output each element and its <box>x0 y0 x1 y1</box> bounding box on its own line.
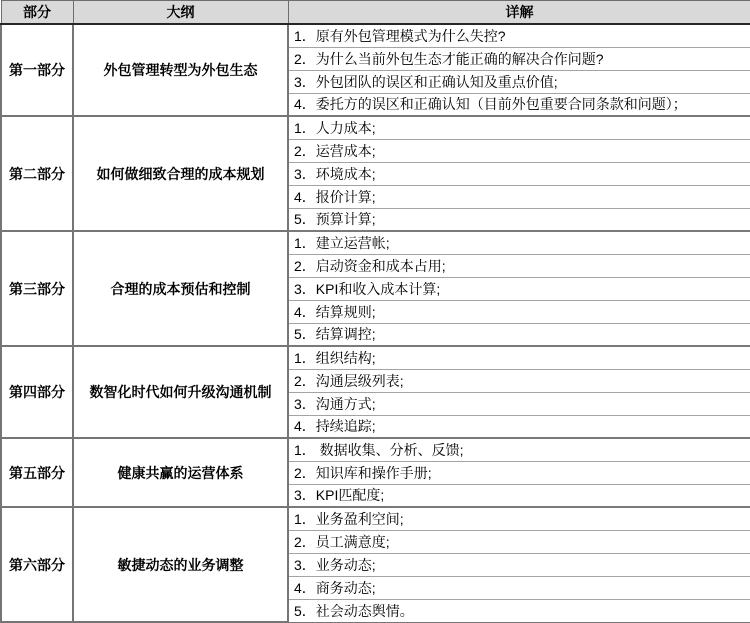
detail-cell: 4．结算规则; <box>288 300 750 323</box>
detail-cell: 2．为什么当前外包生态才能正确的解决合作问题? <box>288 47 750 70</box>
part-cell: 第四部分 <box>1 346 73 438</box>
table-header-row: 部分 大纲 详解 <box>1 1 750 25</box>
detail-cell: 1．建立运营帐; <box>288 231 750 254</box>
detail-cell: 3．KPI匹配度; <box>288 484 750 507</box>
table-row: 第一部分外包管理转型为外包生态1．原有外包管理模式为什么失控? <box>1 24 750 47</box>
table-row: 第二部分如何做细致合理的成本规划1．人力成本; <box>1 116 750 139</box>
detail-cell: 3．业务动态; <box>288 553 750 576</box>
header-outline: 大纲 <box>73 1 288 25</box>
table-row: 第六部分敏捷动态的业务调整1．业务盈利空间; <box>1 507 750 530</box>
detail-cell: 1． 数据收集、分析、反馈; <box>288 438 750 461</box>
detail-cell: 5．预算计算; <box>288 208 750 231</box>
detail-cell: 2．运营成本; <box>288 139 750 162</box>
detail-cell: 2．知识库和操作手册; <box>288 461 750 484</box>
detail-cell: 2．沟通层级列表; <box>288 369 750 392</box>
table-row: 第三部分合理的成本预估和控制1．建立运营帐; <box>1 231 750 254</box>
outline-cell: 外包管理转型为外包生态 <box>73 24 288 116</box>
outline-cell: 合理的成本预估和控制 <box>73 231 288 346</box>
detail-cell: 1．组织结构; <box>288 346 750 369</box>
detail-cell: 1．人力成本; <box>288 116 750 139</box>
detail-cell: 2．员工满意度; <box>288 530 750 553</box>
outline-cell: 如何做细致合理的成本规划 <box>73 116 288 231</box>
detail-cell: 3．环境成本; <box>288 162 750 185</box>
outline-cell: 健康共赢的运营体系 <box>73 438 288 507</box>
detail-cell: 5．社会动态舆情。 <box>288 599 750 622</box>
detail-cell: 1．业务盈利空间; <box>288 507 750 530</box>
detail-cell: 3．沟通方式; <box>288 392 750 415</box>
part-cell: 第五部分 <box>1 438 73 507</box>
part-cell: 第六部分 <box>1 507 73 622</box>
header-part: 部分 <box>1 1 73 25</box>
detail-cell: 4．委托方的误区和正确认知（目前外包重要合同条款和问题）； <box>288 93 750 116</box>
outline-cell: 敏捷动态的业务调整 <box>73 507 288 622</box>
detail-cell: 4．持续追踪; <box>288 415 750 438</box>
detail-cell: 2．启动资金和成本占用; <box>288 254 750 277</box>
part-cell: 第二部分 <box>1 116 73 231</box>
detail-cell: 3．外包团队的误区和正确认知及重点价值; <box>288 70 750 93</box>
detail-cell: 4．报价计算; <box>288 185 750 208</box>
course-outline-table: 部分 大纲 详解 第一部分外包管理转型为外包生态1．原有外包管理模式为什么失控?… <box>0 0 750 623</box>
header-detail: 详解 <box>288 1 750 25</box>
detail-cell: 3．KPI和收入成本计算; <box>288 277 750 300</box>
detail-cell: 5．结算调控; <box>288 323 750 346</box>
detail-cell: 4．商务动态; <box>288 576 750 599</box>
detail-cell: 1．原有外包管理模式为什么失控? <box>288 24 750 47</box>
table-row: 第四部分数智化时代如何升级沟通机制1．组织结构; <box>1 346 750 369</box>
part-cell: 第三部分 <box>1 231 73 346</box>
part-cell: 第一部分 <box>1 24 73 116</box>
outline-cell: 数智化时代如何升级沟通机制 <box>73 346 288 438</box>
table-row: 第五部分健康共赢的运营体系1． 数据收集、分析、反馈; <box>1 438 750 461</box>
